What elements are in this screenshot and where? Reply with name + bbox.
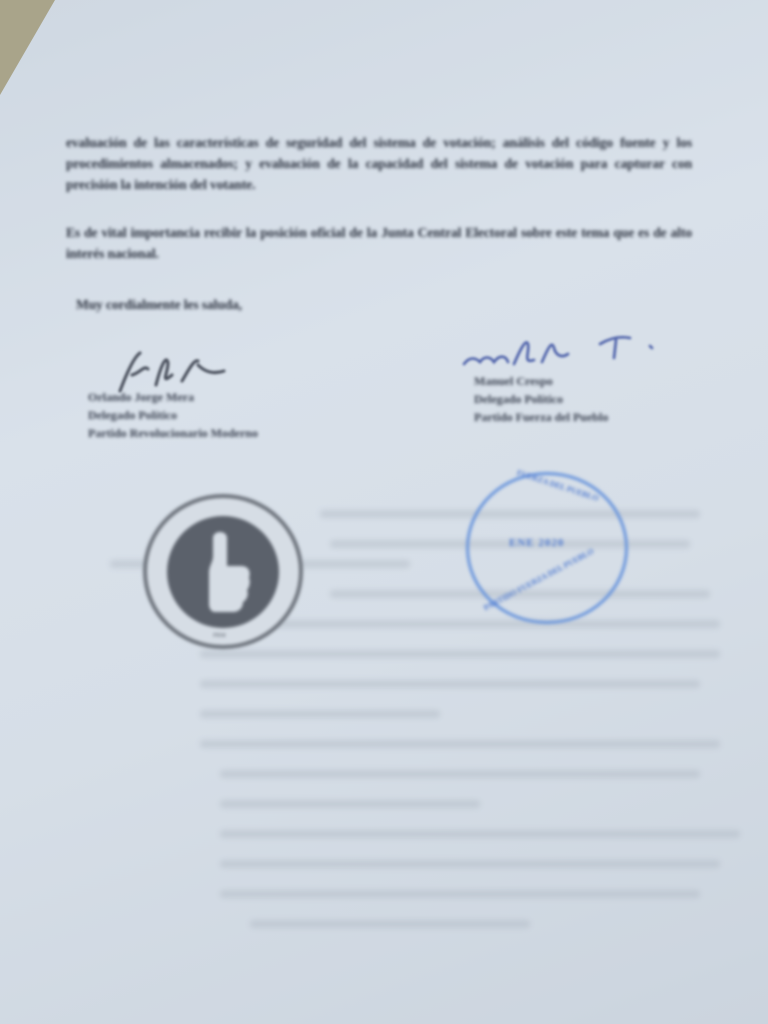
bleed-line [200,740,720,748]
bleed-line [220,800,480,808]
party-seal-right: FUERZA DEL PUEBLO ENE 2020 PARTIDO FUERZ… [466,472,628,624]
signatory-right: Manuel Crespo Delegado Político Partido … [474,372,608,426]
seal-right-date: ENE 2020 [509,537,564,549]
bleed-line [200,680,700,688]
seal-left-label: PRM [213,633,226,639]
signatory-right-party: Partido Fuerza del Pueblo [474,408,608,426]
signatory-left: Orlando Jorge Mera Delegado Político Par… [88,388,258,442]
body-paragraph-2: Es de vital importancia recibir la posic… [66,222,692,264]
background-corner [0,0,55,95]
body-paragraph-1: evaluación de las características de seg… [66,132,692,195]
bleed-line [220,890,700,898]
bleed-line [200,650,720,658]
signature-right [460,328,660,378]
signatory-left-party: Partido Revolucionario Moderno [88,424,258,442]
bleed-line [220,860,720,868]
bleed-line [250,920,530,928]
signatory-left-role: Delegado Político [88,406,258,424]
bleed-line [200,710,440,718]
signatory-right-name: Manuel Crespo [474,372,608,390]
seal-right-bottom-text: PARTIDO FUERZA DEL PUEBLO [482,547,595,613]
bleed-line [220,770,700,778]
closing-salutation: Muy cordialmente les saluda, [76,294,702,315]
party-seal-left: PRM [143,494,303,649]
signatory-right-role: Delegado Político [474,390,608,408]
signatory-left-name: Orlando Jorge Mera [88,388,258,406]
bleed-line [220,830,740,838]
thumbs-up-icon [167,516,279,628]
seal-left-inner [167,516,279,628]
